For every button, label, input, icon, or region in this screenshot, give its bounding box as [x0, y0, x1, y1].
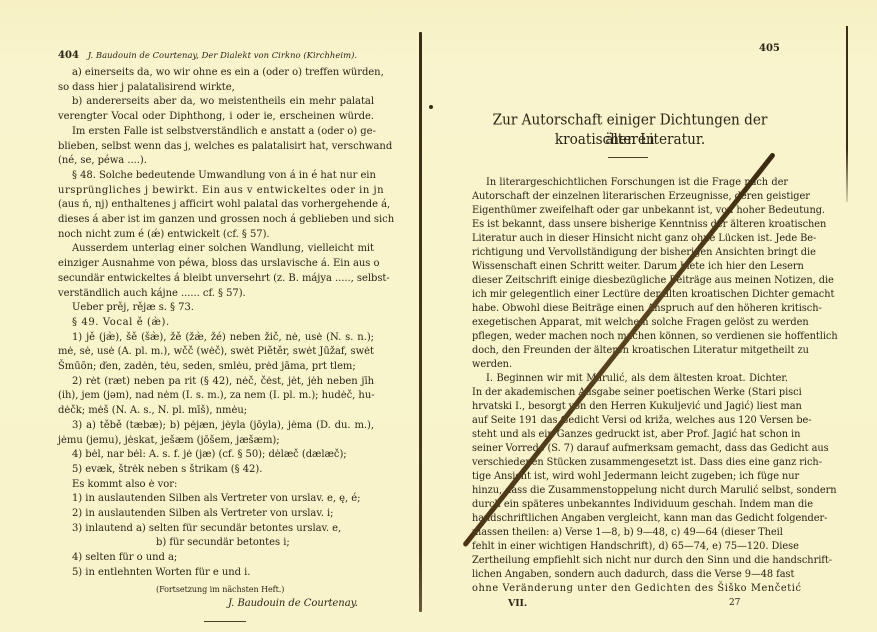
text-line: handschriftlichen Angaben vergleicht, ka…: [472, 513, 774, 525]
sheet-number: 27: [729, 597, 740, 609]
text-line: richtigung und Vervollständigung der bis…: [472, 247, 774, 259]
text-line: massen theilen: a) Verse 1—8, b) 9—48, c…: [472, 527, 774, 539]
signature-mark: VII.: [508, 598, 527, 610]
ink-dot: [429, 105, 433, 109]
text-line: auf Seite 191 das Gedicht Versi od križa…: [472, 415, 774, 427]
text-line: In literargeschichtlichen Forschungen is…: [472, 177, 788, 189]
text-line: Wissenschaft einen Schritt weiter. Darum…: [472, 261, 774, 273]
article-title-line-2: kroatischen Literatur.: [472, 130, 788, 149]
text-line: In der akademischen Ausgabe seiner poeti…: [472, 387, 774, 399]
text-line: seiner Vorrede (S. 7) darauf aufmerksam …: [472, 443, 774, 455]
text-line: ohne Veränderung unter den Gedichten des…: [472, 583, 774, 595]
text-line: exegetischen Apparat, mit welchem solche…: [472, 317, 774, 329]
text-line: Literatur auch in dieser Hinsicht nicht …: [472, 233, 774, 245]
page-gutter-line: [419, 32, 422, 612]
text-line: durch ein späteres unbekanntes Individuu…: [472, 499, 774, 511]
text-line: Autorschaft der einzelnen literarischen …: [472, 191, 774, 203]
text-line: ich mir gelegentlich einer Lectüre der a…: [472, 289, 774, 301]
right-margin-line: [846, 26, 848, 202]
text-line: steht und als ein Ganzes gedruckt ist, a…: [472, 429, 774, 441]
left-page-list: [58, 0, 388, 632]
text-line section-I: I. Beginnen wir mit Marulić, als dem ält…: [472, 373, 788, 385]
text-line: lichen Angaben, sondern auch dadurch, da…: [472, 569, 774, 581]
text-line: Zertheilung empfiehlt sich nicht nur dur…: [472, 555, 774, 567]
right-page: 405 Zur Autorschaft einiger Dichtungen d…: [472, 0, 788, 632]
text-line: dieser Zeitschrift einige diesbezügliche…: [472, 275, 774, 287]
text-line: habe. Obwohl diese Beiträge einen Anspru…: [472, 303, 774, 315]
title-rule: [608, 157, 648, 158]
text-line: werden.: [472, 359, 512, 371]
text-line: verschiedenen Stücken zusammengesetzt is…: [472, 457, 774, 469]
text-line: hinzu, dass die Zusammenstoppelung nicht…: [472, 485, 774, 497]
text-line: fehlt in einer wichtigen Handschrift), d…: [472, 541, 774, 553]
text-line: hrvatski I., besorgt von den Herren Kuku…: [472, 401, 774, 413]
text-line: Es ist bekannt, dass unsere bisherige Ke…: [472, 219, 774, 231]
page-number-right: 405: [759, 43, 780, 54]
